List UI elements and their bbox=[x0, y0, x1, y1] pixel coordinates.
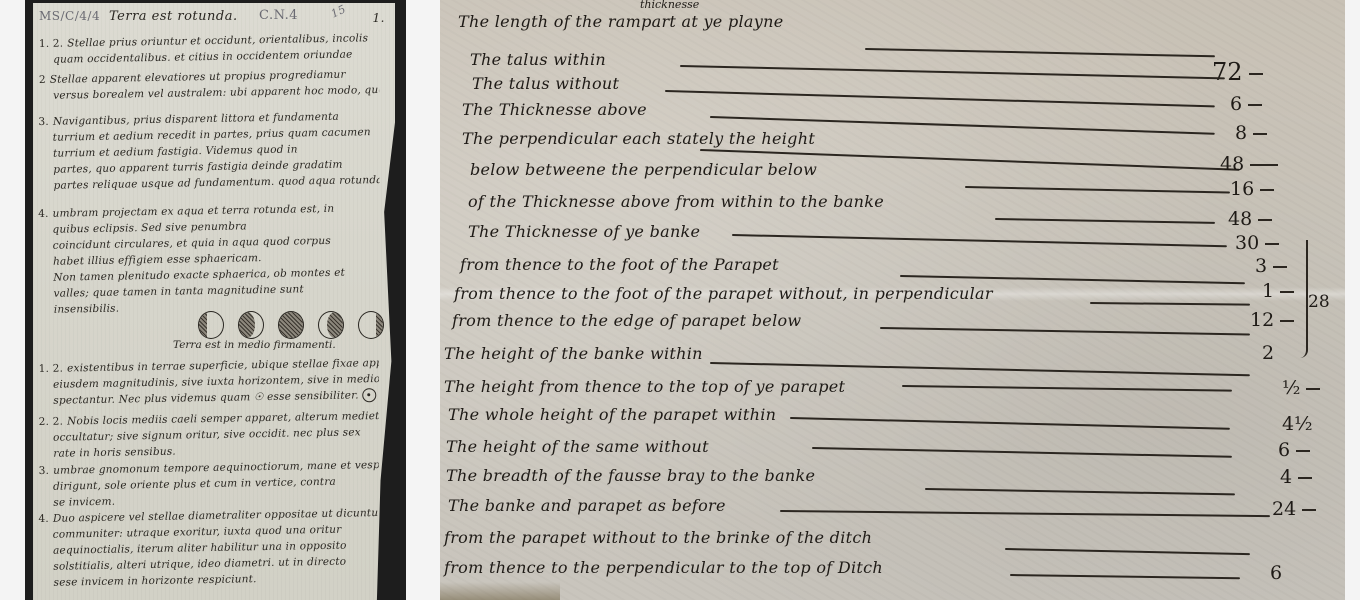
archive-reference: MS/C/4/4 bbox=[39, 9, 100, 23]
moon-gibbous-left-icon bbox=[238, 311, 264, 339]
manuscript-header: MS/C/4/4 Terra est rotunda. C.N.4 15 1. bbox=[39, 7, 385, 27]
measurement-row: from thence to the foot of the parapet w… bbox=[440, 284, 1345, 314]
measurement-row: below betweene the perpendicular below 1… bbox=[440, 160, 1345, 190]
measurement-row: from thence to the perpendicular to the … bbox=[440, 558, 1345, 588]
paragraph-3: 3.Navigantibus, prius disparent littora … bbox=[38, 108, 379, 194]
measurement-row: The height of the banke within 2 bbox=[440, 344, 1345, 374]
measurement-row: The banke and parapet as before 24 bbox=[440, 496, 1345, 526]
measurement-row: from the parapet without to the brinke o… bbox=[440, 528, 1345, 558]
measurement-row: of the Thicknesse above from within to t… bbox=[440, 192, 1345, 222]
paragraph-2-4: 4.Duo aspicere vel stellae diametraliter… bbox=[38, 505, 379, 591]
bracket-total: 28 bbox=[1308, 292, 1330, 312]
superscript-correction: thicknesse bbox=[640, 0, 699, 11]
paragraph-2-1: 1. 2.existentibus in terrae superficie, … bbox=[39, 355, 380, 409]
manuscript-page-terra-est-rotunda: MS/C/4/4 Terra est rotunda. C.N.4 15 1. … bbox=[33, 3, 395, 600]
moon-full-icon bbox=[278, 311, 304, 339]
moon-phases-drawing bbox=[198, 308, 398, 342]
catalogue-code: C.N.4 bbox=[259, 8, 298, 23]
measurement-row: The height of the same without 6 bbox=[440, 437, 1345, 467]
left-manuscript-image: MS/C/4/4 Terra est rotunda. C.N.4 15 1. … bbox=[25, 0, 406, 600]
measurement-row: The perpendicular each stately the heigh… bbox=[440, 129, 1345, 159]
right-manuscript-image: thicknesse The length of the rampart at … bbox=[440, 0, 1345, 600]
folio-number: 15 bbox=[329, 2, 348, 20]
section-heading: Terra est in medio firmamenti. bbox=[173, 339, 336, 351]
bracket-brace bbox=[1298, 240, 1308, 358]
measurement-row: from thence to the edge of parapet below… bbox=[440, 311, 1345, 341]
paragraph-4: 4.umbram projectam ex aqua et terra rotu… bbox=[38, 200, 380, 318]
measurement-row: The Thicknesse of ye banke 30 bbox=[440, 222, 1345, 252]
page-marker: 1. bbox=[373, 11, 385, 25]
measurement-row: The Thicknesse above 8 bbox=[440, 100, 1345, 130]
measurement-row: The height from thence to the top of ye … bbox=[440, 377, 1345, 407]
moon-crescent-right-icon bbox=[358, 311, 384, 339]
paragraph-2: 2Stellae apparent elevatiores ut propius… bbox=[39, 66, 380, 104]
manuscript-title: Terra est rotunda. bbox=[109, 9, 238, 24]
moon-gibbous-right-icon bbox=[318, 311, 344, 339]
measurement-row: The length of the rampart at ye playne 7… bbox=[440, 12, 1345, 42]
paragraph-1: 1. 2.Stellae prius oriuntur et occidunt,… bbox=[39, 30, 380, 68]
sun-symbol-icon bbox=[362, 388, 376, 402]
measurement-row: from thence to the foot of the Parapet 3 bbox=[440, 255, 1345, 285]
measurement-row: The breadth of the fausse bray to the ba… bbox=[440, 466, 1345, 496]
paragraph-2-3: 3.umbrae gnomonum tempore aequinoctiorum… bbox=[39, 457, 380, 511]
measurement-row: The whole height of the parapet within 4… bbox=[440, 405, 1345, 435]
paragraph-2-2: 2. 2.Nobis locis mediis caeli semper app… bbox=[39, 408, 380, 462]
moon-crescent-left-icon bbox=[198, 311, 224, 339]
